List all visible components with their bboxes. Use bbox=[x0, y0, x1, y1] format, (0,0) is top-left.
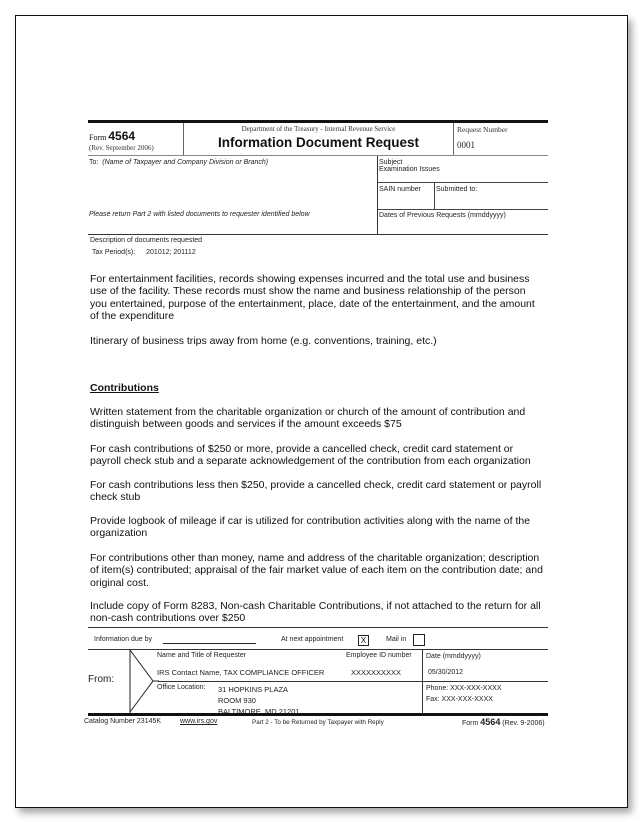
return-note: Please return Part 2 with listed documen… bbox=[89, 211, 310, 218]
info-due-input[interactable] bbox=[163, 643, 256, 644]
due-top-rule bbox=[88, 627, 548, 628]
tax-period-value: 201012; 201112 bbox=[146, 249, 196, 256]
date-value: 05/30/2012 bbox=[428, 669, 463, 676]
paragraph-itinerary: Itinerary of business trips away from ho… bbox=[90, 335, 545, 347]
sain-divider bbox=[434, 183, 435, 209]
footer-form-number: 4564 bbox=[480, 717, 500, 727]
footer-form-label: Form bbox=[462, 720, 478, 727]
description-label: Description of documents requested bbox=[90, 237, 202, 244]
mail-in-label: Mail in bbox=[386, 636, 406, 643]
paragraph-form-8283: Include copy of Form 8283, Non-cash Char… bbox=[90, 600, 545, 625]
paragraph-written-statement: Written statement from the charitable or… bbox=[90, 406, 545, 431]
office-line-2: ROOM 930 bbox=[218, 695, 300, 706]
next-appointment-checkbox[interactable]: X bbox=[358, 635, 369, 646]
to-section: To: (Name of Taxpayer and Company Divisi… bbox=[88, 156, 548, 236]
header-divider-right bbox=[453, 123, 454, 156]
request-number: 0001 bbox=[457, 140, 475, 150]
catalog-number: Catalog Number 23145K bbox=[84, 718, 161, 725]
footer-form-id: Form 4564 (Rev. 9-2006) bbox=[462, 717, 545, 727]
from-bottom-rule bbox=[88, 713, 548, 716]
next-appointment-label: At next appointment bbox=[281, 636, 343, 643]
subject-label: Subject bbox=[379, 159, 440, 166]
mail-in-checkbox[interactable] bbox=[413, 634, 425, 646]
form-header: Form 4564 (Rev. September 2006) Departme… bbox=[88, 120, 548, 156]
tax-period: Tax Period(s): 201012; 201112 bbox=[92, 249, 196, 256]
paragraph-cash-less-250: For cash contributions less then $250, p… bbox=[90, 479, 545, 504]
name-title-value: IRS Contact Name, TAX COMPLIANCE OFFICER bbox=[157, 668, 324, 677]
sain-number-label[interactable]: SAIN number bbox=[379, 186, 421, 193]
employee-id-value: XXXXXXXXXX bbox=[351, 668, 401, 677]
request-number-label: Request Number bbox=[457, 125, 508, 134]
part-2-note: Part 2 - To be Returned by Taxpayer with… bbox=[252, 719, 384, 726]
to-label: To: bbox=[89, 159, 98, 166]
previous-rule bbox=[378, 209, 548, 210]
previous-requests-label[interactable]: Dates of Previous Requests (mmddyyyy) bbox=[379, 212, 506, 219]
irs-website-link[interactable]: www.irs.gov bbox=[180, 718, 217, 725]
footer-form-revision: (Rev. 9-2006) bbox=[502, 720, 544, 727]
form-id: Form 4564 bbox=[89, 129, 135, 143]
from-mid-rule bbox=[158, 681, 548, 682]
office-line-1: 31 HOPKINS PLAZA bbox=[218, 684, 300, 695]
paragraph-entertainment: For entertainment facilities, records sh… bbox=[90, 273, 545, 322]
form-number: 4564 bbox=[108, 129, 135, 143]
name-title-label: Name and Title of Requester bbox=[157, 652, 246, 659]
form-label: Form bbox=[89, 133, 106, 142]
office-location-label: Office Location: bbox=[157, 684, 206, 691]
phone-number: Phone: XXX-XXX-XXXX bbox=[426, 685, 501, 692]
paragraph-non-money: For contributions other than money, name… bbox=[90, 552, 545, 589]
subject-field[interactable]: Subject Examination Issues bbox=[379, 159, 440, 173]
header-top-rule bbox=[88, 120, 548, 123]
to-bottom-rule bbox=[88, 234, 548, 235]
paragraph-mileage-logbook: Provide logbook of mileage if car is uti… bbox=[90, 515, 545, 540]
from-arrow-bracket bbox=[129, 649, 159, 713]
employee-id-label: Employee ID number bbox=[346, 652, 412, 659]
submitted-to-label[interactable]: Submitted to: bbox=[436, 186, 477, 193]
to-field[interactable]: To: (Name of Taxpayer and Company Divisi… bbox=[89, 159, 268, 166]
from-label: From: bbox=[88, 674, 114, 685]
subject-value: Examination Issues bbox=[379, 166, 440, 173]
tax-period-label: Tax Period(s): bbox=[92, 249, 135, 256]
date-label: Date (mmddyyyy) bbox=[426, 653, 481, 660]
info-due-label: Information due by bbox=[94, 636, 152, 643]
date-divider bbox=[422, 649, 423, 713]
form-title: Information Document Request bbox=[184, 135, 453, 150]
agency-name: Department of the Treasury - Internal Re… bbox=[184, 125, 453, 133]
fax-number: Fax: XXX-XXX-XXXX bbox=[426, 696, 493, 703]
sain-rule bbox=[378, 182, 548, 183]
to-divider bbox=[377, 156, 378, 235]
paragraph-cash-250-more: For cash contributions of $250 or more, … bbox=[90, 443, 545, 468]
contributions-heading: Contributions bbox=[90, 382, 159, 394]
form-revision: (Rev. September 2006) bbox=[89, 144, 154, 152]
to-hint: (Name of Taxpayer and Company Division o… bbox=[102, 159, 268, 166]
